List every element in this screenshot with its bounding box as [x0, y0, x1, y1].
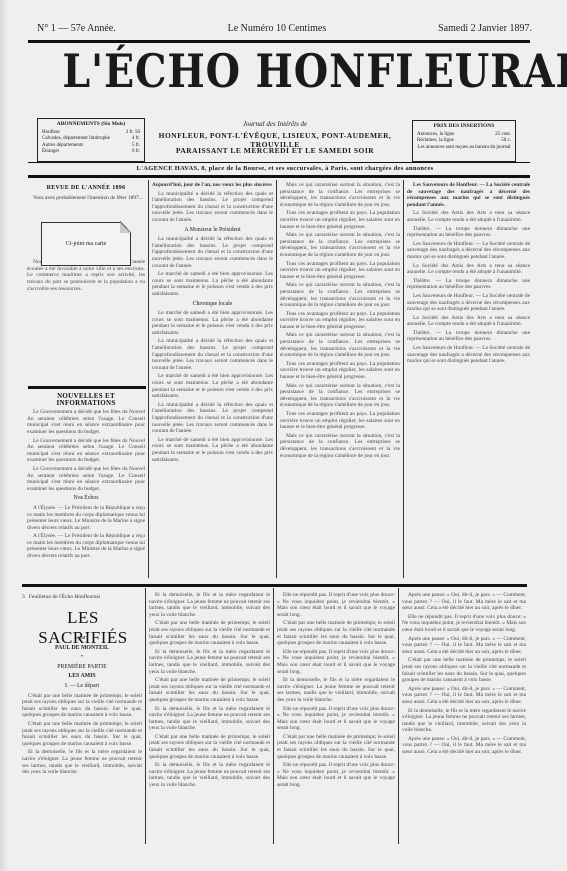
- col2-body: Le marché de samedi a été bien approvisi…: [152, 271, 273, 297]
- top-rule: [28, 40, 530, 43]
- col4-body: Les Sauveteurs de Honfleur. — La Société…: [407, 182, 530, 208]
- col2-subheading-2: Chronique locale: [152, 301, 273, 308]
- feuilleton-body: Après une pause: « Oui, dit-il, je pars.…: [402, 592, 526, 612]
- feuilleton-body: Et la demoiselle, le fils et la mère reg…: [402, 708, 526, 734]
- col2-subheading: A Monsieur le Président: [152, 227, 273, 234]
- feuilleton-body: Et la demoiselle, le fils et la mère reg…: [149, 706, 270, 732]
- feuilleton-body: C'était par une belle matinée de printem…: [277, 734, 395, 760]
- col2-lead: Aujourd'hui, jour de l'an, nos vœux les …: [152, 182, 273, 189]
- col3-body: Mais ce qui caractérise surtout la situa…: [280, 232, 400, 258]
- col4-body: Théâtre. — La troupe donnera dimanche un…: [407, 226, 530, 239]
- column-4: Les Sauveteurs de Honfleur. — La Société…: [407, 182, 530, 578]
- col2-body: La municipalité a décidé la réfection de…: [152, 402, 273, 435]
- col2-body: Le marché de samedi a été bien approvisi…: [152, 310, 273, 336]
- feuilleton-body: Elle ne répondit pas. Il reprit d'une vo…: [277, 592, 395, 618]
- column-1-news: NOUVELLES ET INFORMATIONS Le Gouvernemen…: [27, 390, 145, 578]
- card-note-box: Ci-joint ma carte: [41, 222, 131, 266]
- feuilleton-part-title: LES AMIS: [22, 673, 142, 680]
- feuilleton-body: Et la demoiselle, le fils et la mère reg…: [277, 677, 395, 703]
- col3-body: Mais ce qui caractérise surtout la situa…: [280, 433, 400, 459]
- feuilleton-body: Elle ne répondit pas. Il reprit d'une vo…: [402, 614, 526, 634]
- column-rule: [398, 588, 399, 844]
- col2-body: La municipalité a décidé la réfection de…: [152, 236, 273, 269]
- col4-body: Les Sauveteurs de Honfleur. — La Société…: [407, 241, 530, 261]
- news-body-2: A l'Élysée. — Le Président de la Républi…: [27, 533, 145, 559]
- schedule-line: PARAISSANT LE MERCREDI ET LE SAMEDI SOIR: [150, 146, 400, 155]
- col3-body: Mais ce qui caractérise surtout la situa…: [280, 282, 400, 308]
- subscription-title: ABONNEMENTS (Six Mois): [42, 121, 140, 128]
- feuilleton-chapter: I. — Le départ: [22, 683, 142, 690]
- feuilleton-body: C'était par une belle matinée de printem…: [402, 657, 526, 683]
- feuilleton-body: Et la demoiselle, le fils et la mère reg…: [22, 749, 142, 775]
- feuilleton-body: C'était par une belle matinée de printem…: [149, 620, 270, 646]
- col2-body: Le marché de samedi a été bien approvisi…: [152, 373, 273, 399]
- feuilleton-body: C'était par une belle matinée de printem…: [149, 677, 270, 703]
- column-1-top: REVUE DE L'ANNÉE 1896 Vous avez probable…: [27, 182, 145, 382]
- col2-body: Le marché de samedi a été bien approvisi…: [152, 437, 273, 463]
- col3-body: Mais ce qui caractérise surtout la situa…: [280, 332, 400, 358]
- col3-body: Mais ce qui caractérise surtout la situa…: [280, 182, 400, 208]
- column-3: Mais ce qui caractérise surtout la situa…: [280, 182, 400, 578]
- top-info-line: N° 1 — 57e Année. Le Numéro 10 Centimes …: [37, 23, 532, 34]
- subtitle: Journal des Intérêts de: [150, 120, 400, 128]
- feuilleton-body: Après une pause: « Oui, dit-il, je pars.…: [402, 686, 526, 706]
- feuilleton-body: Elle ne répondit pas. Il reprit d'une vo…: [277, 706, 395, 732]
- feuilleton-body: C'était par une belle matinée de printem…: [22, 721, 142, 747]
- header-rule: [28, 162, 530, 163]
- feuilleton-body: Et la demoiselle, le fils et la mère reg…: [149, 762, 270, 788]
- feuilleton-body: C'était par une belle matinée de printem…: [149, 734, 270, 760]
- feuilleton-body: C'était par une belle matinée de printem…: [22, 693, 142, 719]
- col3-body: Tous ces avantages profitent au pays. La…: [280, 411, 400, 431]
- ads-title: PRIX DES INSERTIONS: [417, 123, 511, 130]
- col3-body: Mais ce qui caractérise surtout la situa…: [280, 383, 400, 409]
- col2-body: La municipalité a décidé la réfection de…: [152, 338, 273, 371]
- col3-body: Tous ces avantages profitent au pays. La…: [280, 361, 400, 381]
- news-heading: NOUVELLES ET INFORMATIONS: [27, 393, 145, 406]
- column-rule: [403, 180, 404, 578]
- header-bottom-rule: [28, 175, 530, 178]
- news-subheading: Nos Échos: [27, 495, 145, 502]
- col3-body: Tous ces avantages profitent au pays. La…: [280, 261, 400, 281]
- col4-body: Les Sauveteurs de Honfleur. — La Société…: [407, 345, 530, 365]
- col3-body: Tous ces avantages profitent au pays. La…: [280, 210, 400, 230]
- feuilleton-body: Après une pause: « Oui, dit-il, je pars.…: [402, 636, 526, 656]
- masthead-title: L'ÉCHO HONFLEURAIS: [62, 45, 496, 97]
- feuilleton-rule: [22, 584, 527, 587]
- page-edge: [0, 0, 8, 871]
- column-2: Aujourd'hui, jour de l'an, nos vœux les …: [152, 182, 273, 578]
- feuilleton-column-4: Après une pause: « Oui, dit-il, je pars.…: [402, 592, 526, 844]
- feuilleton-body: Elle ne répondit pas. Il reprit d'une vo…: [277, 762, 395, 788]
- feuilleton-body: Elle ne répondit pas. Il reprit d'une vo…: [277, 649, 395, 675]
- issue-number: N° 1 — 57e Année.: [37, 23, 116, 34]
- subscription-box: ABONNEMENTS (Six Mois) Honfleur3 fr. 50 …: [37, 118, 145, 162]
- agency-line: L'AGENCE HAVAS, 8, place de la Bourse, e…: [40, 165, 530, 172]
- news-body: Le Gouvernement a décidé que les fêtes d…: [27, 409, 145, 435]
- section-rule: [28, 386, 146, 389]
- column-rule: [273, 588, 274, 844]
- column-rule: [276, 180, 277, 578]
- feuilleton-body: Et la demoiselle, le fils et la mère reg…: [149, 592, 270, 618]
- col3-body: Tous ces avantages profitent au pays. La…: [280, 311, 400, 331]
- ads-box: PRIX DES INSERTIONS Annonces, la ligne25…: [412, 120, 516, 162]
- news-body: Le Gouvernement a décidé que les fêtes d…: [27, 466, 145, 492]
- col2-body: La municipalité a décidé la réfection de…: [152, 191, 273, 224]
- feuilleton-column-1: par PAUL DE MONTEIL • PREMIÈRE PARTIE LE…: [22, 632, 142, 844]
- year-review-heading: REVUE DE L'ANNÉE 1896: [27, 185, 145, 192]
- issue-price: Le Numéro 10 Centimes: [228, 23, 327, 34]
- col4-body: La Société des Amis des Arts a tenu sa s…: [407, 315, 530, 328]
- year-review-intro: Vous avez probablement l'intention de fê…: [27, 195, 145, 202]
- col4-body: Théâtre. — La troupe donnera dimanche un…: [407, 330, 530, 343]
- col4-body: Théâtre. — La troupe donnera dimanche un…: [407, 278, 530, 291]
- feuilleton-column-3: Elle ne répondit pas. Il reprit d'une vo…: [277, 592, 395, 844]
- feuilleton-by: par: [22, 635, 142, 642]
- col4-body: La Société des Amis des Arts a tenu sa s…: [407, 263, 530, 276]
- col4-body: La Société des Amis des Arts a tenu sa s…: [407, 210, 530, 223]
- news-body: Le Gouvernement a décidé que les fêtes d…: [27, 438, 145, 464]
- feuilleton-body: Et la demoiselle, le fils et la mère reg…: [149, 649, 270, 675]
- feuilleton-part: PREMIÈRE PARTIE: [22, 664, 142, 671]
- ads-note: Les annonces sont reçues au bureau du jo…: [417, 145, 511, 152]
- news-body-2: A l'Élysée. — Le Président de la Républi…: [27, 505, 145, 531]
- card-note-text: Ci-joint ma carte: [66, 241, 107, 247]
- feuilleton-label: 3 Feuilleton de l'Écho Honfleurais: [22, 594, 144, 600]
- feuilleton-separator: •: [22, 654, 142, 661]
- feuilleton-body: Après une pause: « Oui, dit-il, je pars.…: [402, 736, 526, 756]
- feuilleton-column-2: Et la demoiselle, le fils et la mère reg…: [149, 592, 270, 844]
- issue-date: Samedi 2 Janvier 1897.: [438, 23, 532, 34]
- column-rule: [148, 180, 149, 578]
- feuilleton-author: PAUL DE MONTEIL: [22, 645, 142, 652]
- feuilleton-body: C'était par une belle matinée de printem…: [277, 620, 395, 646]
- column-rule: [145, 588, 146, 844]
- subscription-row: Étranger6 fr.: [42, 149, 140, 156]
- col4-body: Les Sauveteurs de Honfleur. — La Société…: [407, 293, 530, 313]
